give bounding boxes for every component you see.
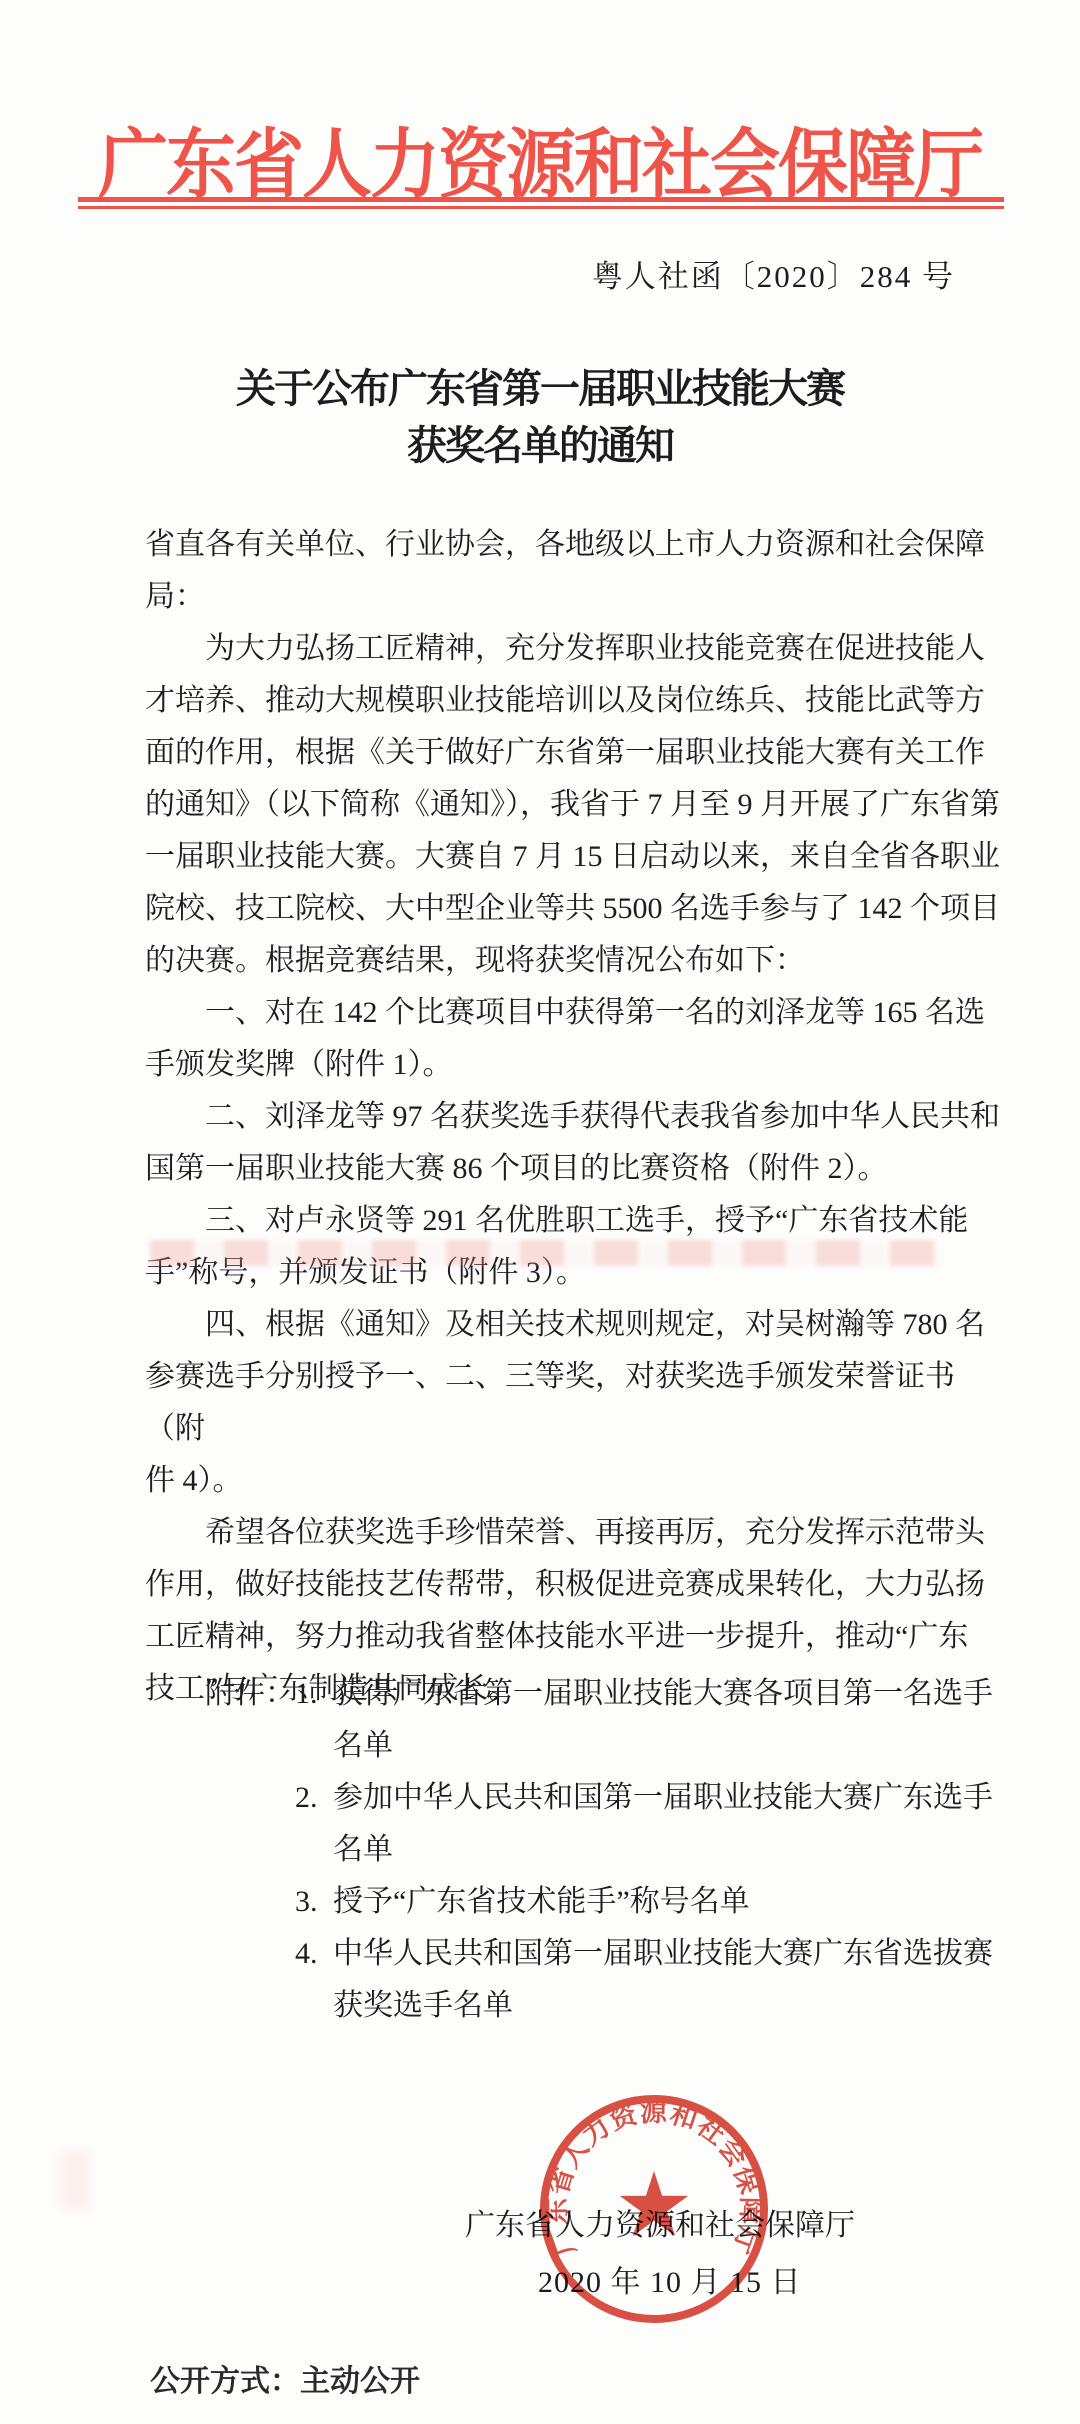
document-page: 广东省人力资源和社会保障厅 粤人社函〔2020〕284 号 关于公布广东省第一届… (0, 0, 1080, 2424)
attachment-number: 2. (295, 1772, 333, 1824)
attachment-text: 中华人民共和国第一届职业技能大赛广东省选拔赛 获奖选手名单 (333, 1928, 993, 2032)
attachments-list: 1. 获得广东省第一届职业技能大赛各项目第一名选手 名单 2. 参加中华人民共和… (295, 1668, 1025, 2032)
attachments-label: 附件： (205, 1668, 295, 1720)
body-paragraph: 为大力弘扬工匠精神，充分发挥职业技能竞赛在促进技能人 才培养、推动大规模职业技能… (145, 623, 1013, 987)
ink-bleedthrough-artifact (60, 2150, 90, 2210)
disclosure-method-label: 公开方式：主动公开 (150, 2356, 420, 2408)
ink-bleedthrough-artifact (150, 1240, 940, 1266)
attachment-item: 2. 参加中华人民共和国第一届职业技能大赛广东选手 名单 (295, 1772, 1025, 1876)
attachment-number: 4. (295, 1928, 333, 1980)
body-paragraph: 四、根据《通知》及相关技术规则规定，对吴树瀚等 780 名 参赛选手分别授予一、… (145, 1299, 1013, 1507)
letterhead-rule-thin (78, 206, 1004, 209)
notice-body: 省直各有关单位、行业协会，各地级以上市人力资源和社会保障局： 为大力弘扬工匠精神… (145, 519, 1013, 1715)
notice-title: 关于公布广东省第一届职业技能大赛 获奖名单的通知 (0, 360, 1080, 474)
attachment-item: 1. 获得广东省第一届职业技能大赛各项目第一名选手 名单 (295, 1668, 1025, 1772)
attachment-number: 3. (295, 1876, 333, 1928)
document-number: 粤人社函〔2020〕284 号 (592, 251, 955, 296)
attachment-text: 授予“广东省技术能手”称号名单 (333, 1876, 993, 1928)
letterhead-rule-thick (78, 197, 1004, 202)
body-paragraph: 一、对在 142 个比赛项目中获得第一名的刘泽龙等 165 名选 手颁发奖牌（附… (145, 987, 1013, 1091)
attachment-text: 获得广东省第一届职业技能大赛各项目第一名选手 名单 (333, 1668, 993, 1772)
attachment-text: 参加中华人民共和国第一届职业技能大赛广东选手 名单 (333, 1772, 993, 1876)
attachment-item: 3. 授予“广东省技术能手”称号名单 (295, 1876, 1025, 1928)
official-seal: 广东省人力资源和社会保障厅 (524, 2079, 784, 2339)
body-paragraph: 二、刘泽龙等 97 名获奖选手获得代表我省参加中华人民共和 国第一届职业技能大赛… (145, 1091, 1013, 1195)
attachment-item: 4. 中华人民共和国第一届职业技能大赛广东省选拔赛 获奖选手名单 (295, 1928, 1025, 2032)
attachments-block: 附件： 1. 获得广东省第一届职业技能大赛各项目第一名选手 名单 2. 参加中华… (205, 1668, 1025, 2032)
salutation-line: 省直各有关单位、行业协会，各地级以上市人力资源和社会保障局： (145, 519, 1013, 623)
seal-star-icon (620, 2171, 688, 2236)
attachment-number: 1. (295, 1668, 333, 1720)
